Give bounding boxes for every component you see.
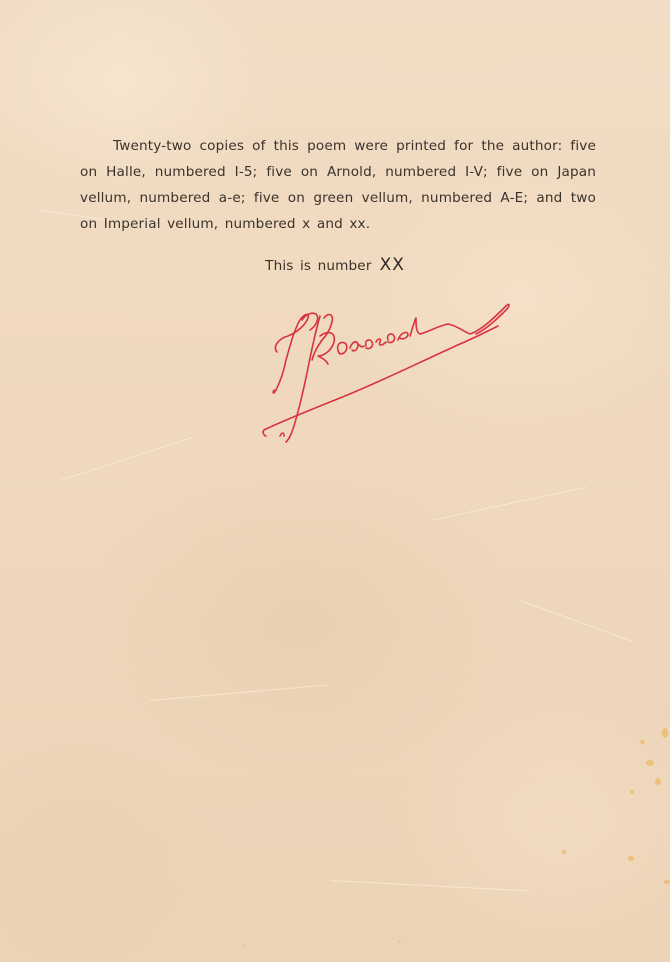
paper-fiber bbox=[330, 880, 530, 891]
copy-number-line: This is numberXX bbox=[0, 255, 670, 275]
paper-fiber bbox=[520, 600, 633, 642]
foxing-stain bbox=[630, 790, 634, 794]
foxing-stain bbox=[640, 740, 645, 744]
copy-number-value: XX bbox=[380, 255, 405, 275]
foxing-stain bbox=[628, 856, 634, 861]
foxing-stain bbox=[562, 850, 566, 854]
foxing-stain bbox=[242, 944, 245, 947]
paper-fiber bbox=[60, 437, 193, 481]
foxing-stain bbox=[662, 728, 668, 738]
copy-number-label: This is number bbox=[265, 258, 371, 274]
foxing-stain bbox=[646, 760, 654, 766]
foxing-stain bbox=[664, 880, 670, 884]
colophon-paragraph: Twenty-two copies of this poem were prin… bbox=[80, 133, 596, 237]
signature-icon bbox=[250, 290, 520, 450]
foxing-stain bbox=[655, 778, 661, 785]
paper-fiber bbox=[430, 487, 587, 521]
paper-fiber bbox=[150, 684, 329, 701]
foxing-stain bbox=[398, 940, 401, 943]
